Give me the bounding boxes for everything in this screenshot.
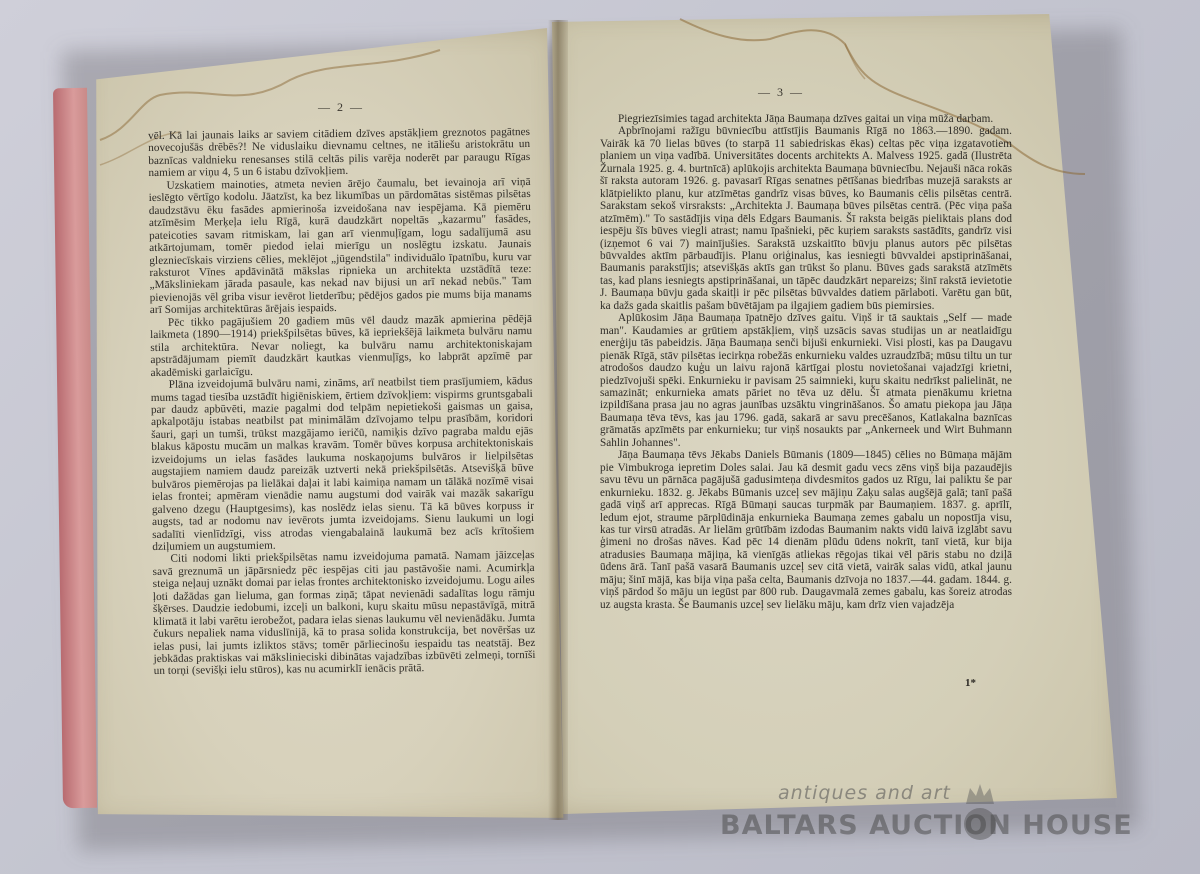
paragraph: Piegriezīsimies tagad architekta Jāņa Ba… (600, 113, 1012, 125)
paragraph: Plāna izveidojumā bulvāru nami, zināms, … (151, 375, 535, 553)
page-number-right: — 3 — (758, 85, 804, 100)
paragraph: Citi nodomi likti priekšpilsētas namu iz… (152, 549, 535, 678)
right-page-text: Piegriezīsimies tagad architekta Jāņa Ba… (600, 113, 1012, 611)
paragraph: Apbrīnojami ražīgu būvniecību attīstījis… (600, 125, 1012, 312)
left-page-text: vēl. Kā lai jaunais laiks ar saviem citā… (148, 126, 536, 678)
paragraph: Jāņa Baumaņa tēvs Jēkabs Daniels Būmanis… (600, 449, 1012, 611)
book-gutter (548, 20, 568, 820)
signature-mark: 1* (965, 677, 976, 689)
paragraph: Uzskatiem mainoties, atmeta nevien ārējo… (149, 176, 532, 317)
watermark-name: BALTARS AUCTION HOUSE (720, 810, 1133, 841)
watermark-tagline: antiques and art (778, 782, 951, 804)
page-number-left: — 2 — (318, 100, 364, 115)
watermark: antiques and art BALTARS AUCTION HOUSE (720, 782, 1140, 852)
paragraph: vēl. Kā lai jaunais laiks ar saviem citā… (148, 126, 531, 180)
paragraph: Aplūkosim Jāņa Baumaņa īpatnējo dzīves g… (600, 312, 1012, 449)
paragraph: Pēc tikko pagājušiem 20 gadiem mūs vēl d… (150, 313, 533, 379)
